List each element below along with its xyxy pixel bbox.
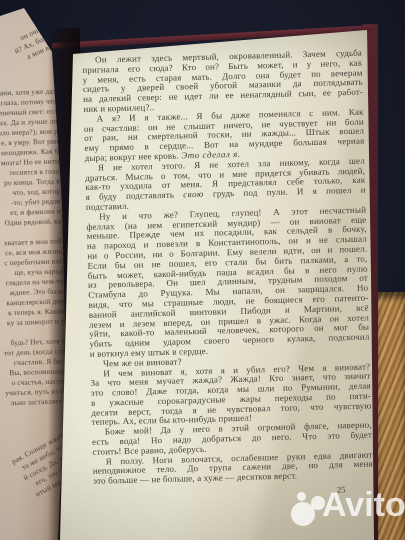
avito-watermark: Avito bbox=[288, 490, 405, 540]
page-content: Он лежит здесь мертвый, окровавленный. З… bbox=[82, 49, 374, 501]
book-text: Он лежит здесь мертвый, окровавленный. З… bbox=[82, 49, 373, 487]
avito-logo-circle-small bbox=[297, 492, 306, 501]
avito-wordmark: Avito bbox=[322, 486, 405, 525]
book-photo: он очнулся бы нй? Ах, боже мой! Ва мои в… bbox=[0, 0, 405, 540]
right-page: Он лежит здесь мертвый, окровавленный. З… bbox=[56, 26, 374, 540]
